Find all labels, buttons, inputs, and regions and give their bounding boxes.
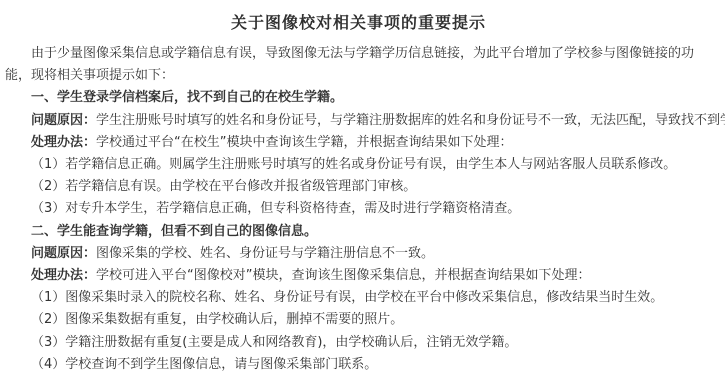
section-1-heading: 一、学生登录学信档案后，找不到自己的在校生学籍。 (5, 87, 712, 109)
section-2-heading: 二、学生能查询学籍，但看不到自己的图像信息。 (5, 221, 712, 243)
section-2-item-1: （1）图像采集时录入的院校名称、姓名、身份证号有误，由学校在平台中修改采集信息，… (5, 287, 712, 309)
solution-text: 学校通过平台“在校生”模块中查询该生学籍，并根据查询结果如下处理： (96, 135, 512, 150)
intro-paragraph: 由于少量图像采集信息或学籍信息有误，导致图像无法与学籍学历信息链接，为此平台增加… (5, 43, 712, 87)
section-1-problem: 问题原因：学生注册账号时填写的姓名和身份证号，与学籍注册数据库的姓名和身份证号不… (5, 110, 712, 132)
section-1-item-1: （1）若学籍信息正确。则属学生注册账号时填写的姓名或身份证号有误，由学生本人与网… (5, 154, 712, 176)
section-1-solution: 处理办法：学校通过平台“在校生”模块中查询该生学籍，并根据查询结果如下处理： (5, 132, 712, 154)
section-1-item-3: （3）对专升本学生，若学籍信息正确，但专科资格待查，需及时进行学籍资格清查。 (5, 198, 712, 220)
problem-text: 图像采集的学校、姓名、身份证号与学籍注册信息不一致。 (96, 246, 434, 261)
section-1-item-2: （2）若学籍信息有误。由学校在平台修改并报省级管理部门审核。 (5, 176, 712, 198)
problem-label: 问题原因： (31, 113, 96, 128)
solution-text: 学校可进入平台“图像校对”模块，查询该生图像采集信息，并根据查询结果如下处理： (96, 268, 590, 283)
problem-text: 学生注册账号时填写的姓名和身份证号，与学籍注册数据库的姓名和身份证号不一致，无法… (96, 113, 725, 128)
section-2-solution: 处理办法：学校可进入平台“图像校对”模块，查询该生图像采集信息，并根据查询结果如… (5, 265, 712, 287)
section-2-item-3: （3）学籍注册数据有重复(主要是成人和网络教育)，由学校确认后，注销无效学籍。 (5, 332, 712, 354)
section-2-item-2: （2）图像采集数据有重复，由学校确认后，删掉不需要的照片。 (5, 309, 712, 331)
section-2-item-4: （4）学校查询不到学生图像信息，请与图像采集部门联系。 (5, 354, 712, 371)
problem-label: 问题原因： (31, 246, 96, 261)
page-title: 关于图像校对相关事项的重要提示 (5, 12, 712, 34)
solution-label: 处理办法： (31, 268, 96, 283)
section-2-problem: 问题原因：图像采集的学校、姓名、身份证号与学籍注册信息不一致。 (5, 243, 712, 265)
notice-document: 关于图像校对相关事项的重要提示 由于少量图像采集信息或学籍信息有误，导致图像无法… (0, 0, 725, 371)
solution-label: 处理办法： (31, 135, 96, 150)
